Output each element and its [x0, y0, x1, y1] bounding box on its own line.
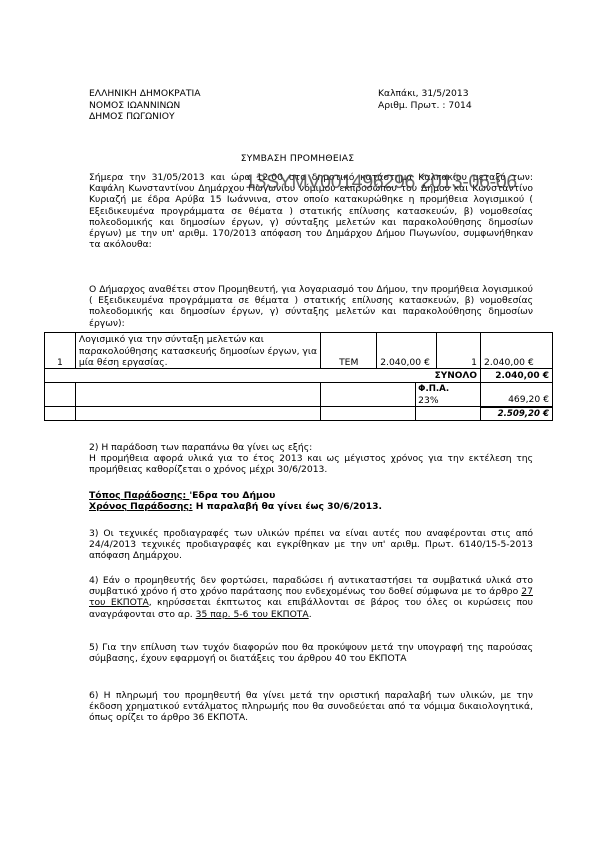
delivery-time-value: Η παραλαβή θα γίνει έως 30/6/2013.: [193, 501, 383, 512]
empty-cell: [416, 407, 481, 421]
table-row: 1 Λογισμικό για την σύνταξη μελετών και …: [45, 333, 553, 369]
empty-cell: [321, 407, 416, 421]
subtotal-label: ΣΥΝΟΛΟ: [45, 369, 481, 383]
items-table: 1 Λογισμικό για την σύνταξη μελετών και …: [44, 332, 553, 421]
clause-5: 5) Για την επίλυση των τυχόν διαφορών πο…: [89, 642, 533, 664]
clause-2-heading: 2) Η παράδοση των παραπάνω θα γίνει ως ε…: [89, 442, 533, 453]
delivery-place-label: Τόπος Παράδοσης:: [89, 490, 189, 501]
clause-5-text: 5) Για την επίλυση των τυχόν διαφορών πο…: [89, 642, 533, 664]
empty-cell: [45, 407, 76, 421]
date-reference-block: Καλπάκι, 31/5/2013 Αριθμ. Πρωτ. : 7014: [378, 88, 578, 111]
intro-paragraph: Σήμερα την 31/05/2013 και ώρα 12:00 στο …: [89, 172, 533, 250]
grand-total-row: 2.509,20 €: [45, 407, 553, 421]
item-unit: TEM: [321, 333, 377, 369]
vat-label: Φ.Π.Α.: [418, 384, 478, 395]
delivery-time-line: Χρόνος Παράδοσης: Η παραλαβή θα γίνει έω…: [89, 501, 533, 512]
clause-6-text: 6) Η πληρωμή του προμηθευτή θα γίνει μετ…: [89, 690, 533, 724]
delivery-details: Τόπος Παράδοσης: 'Εδρα του Δήμου Χρόνος …: [89, 490, 533, 512]
vat-label-cell: Φ.Π.Α. 23%: [416, 383, 481, 407]
empty-cell: [321, 383, 416, 407]
protocol-number: Αριθμ. Πρωτ. : 7014: [378, 100, 578, 112]
delivery-time-label: Χρόνος Παράδοσης:: [89, 501, 193, 512]
item-total: 2.040,00 €: [481, 333, 553, 369]
clause-4-text: 4) Εάν ο προμηθευτής δεν φορτώσει, παραδ…: [89, 575, 533, 620]
issuer-block: ΕΛΛΗΝΙΚΗ ΔΗΜΟΚΡΑΤΙΑ ΝΟΜΟΣ ΙΩΑΝΝΙΝΩΝ ΔΗΜΟ…: [89, 88, 289, 123]
delivery-place-value: 'Εδρα του Δήμου: [189, 490, 275, 501]
empty-cell: [45, 383, 76, 407]
clause-1-text: Ο Δήμαρχος αναθέτει στον Προμηθευτή, για…: [89, 284, 533, 329]
clause-1: Ο Δήμαρχος αναθέτει στον Προμηθευτή, για…: [89, 284, 533, 329]
subtotal-row: ΣΥΝΟΛΟ 2.040,00 €: [45, 369, 553, 383]
clause-3: 3) Οι τεχνικές προδιαγραφές των υλικών π…: [89, 528, 533, 562]
item-quantity: 1: [437, 333, 481, 369]
item-unit-price: 2.040,00 €: [377, 333, 437, 369]
vat-rate: 23%: [418, 395, 478, 406]
issuer-country: ΕΛΛΗΝΙΚΗ ΔΗΜΟΚΡΑΤΙΑ: [89, 88, 289, 100]
empty-cell: [75, 383, 320, 407]
issuer-municipality: ΔΗΜΟΣ ΠΩΓΩΝΙΟΥ: [89, 111, 289, 123]
vat-value: 469,20 €: [481, 383, 553, 407]
clause-6: 6) Η πληρωμή του προμηθευτή θα γίνει μετ…: [89, 690, 533, 724]
clause-4: 4) Εάν ο προμηθευτής δεν φορτώσει, παραδ…: [89, 575, 533, 620]
clause-2: 2) Η παράδοση των παραπάνω θα γίνει ως ε…: [89, 442, 533, 476]
item-description: Λογισμικό για την σύνταξη μελετών και πα…: [75, 333, 320, 369]
empty-cell: [75, 407, 320, 421]
article-35-link[interactable]: 35 παρ. 5-6 του ΕΚΠΟΤΑ: [196, 609, 309, 620]
item-number: 1: [45, 333, 76, 369]
clause-3-text: 3) Οι τεχνικές προδιαγραφές των υλικών π…: [89, 528, 533, 562]
clause-2-text: Η προμήθεια αφορά υλικά για το έτος 2013…: [89, 453, 533, 475]
intro-text: Σήμερα την 31/05/2013 και ώρα 12:00 στο …: [89, 172, 533, 250]
place-date: Καλπάκι, 31/5/2013: [378, 88, 578, 100]
document-title: ΣΥΜΒΑΣΗ ΠΡΟΜΗΘΕΙΑΣ: [0, 153, 595, 164]
grand-total-value: 2.509,20 €: [481, 407, 553, 421]
vat-row: Φ.Π.Α. 23% 469,20 €: [45, 383, 553, 407]
subtotal-value: 2.040,00 €: [481, 369, 553, 383]
clause-4-part1: 4) Εάν ο προμηθευτής δεν φορτώσει, παραδ…: [89, 575, 533, 597]
delivery-place-line: Τόπος Παράδοσης: 'Εδρα του Δήμου: [89, 490, 533, 501]
clause-4-part3: .: [309, 609, 312, 620]
issuer-prefecture: ΝΟΜΟΣ ΙΩΑΝΝΙΝΩΝ: [89, 100, 289, 112]
